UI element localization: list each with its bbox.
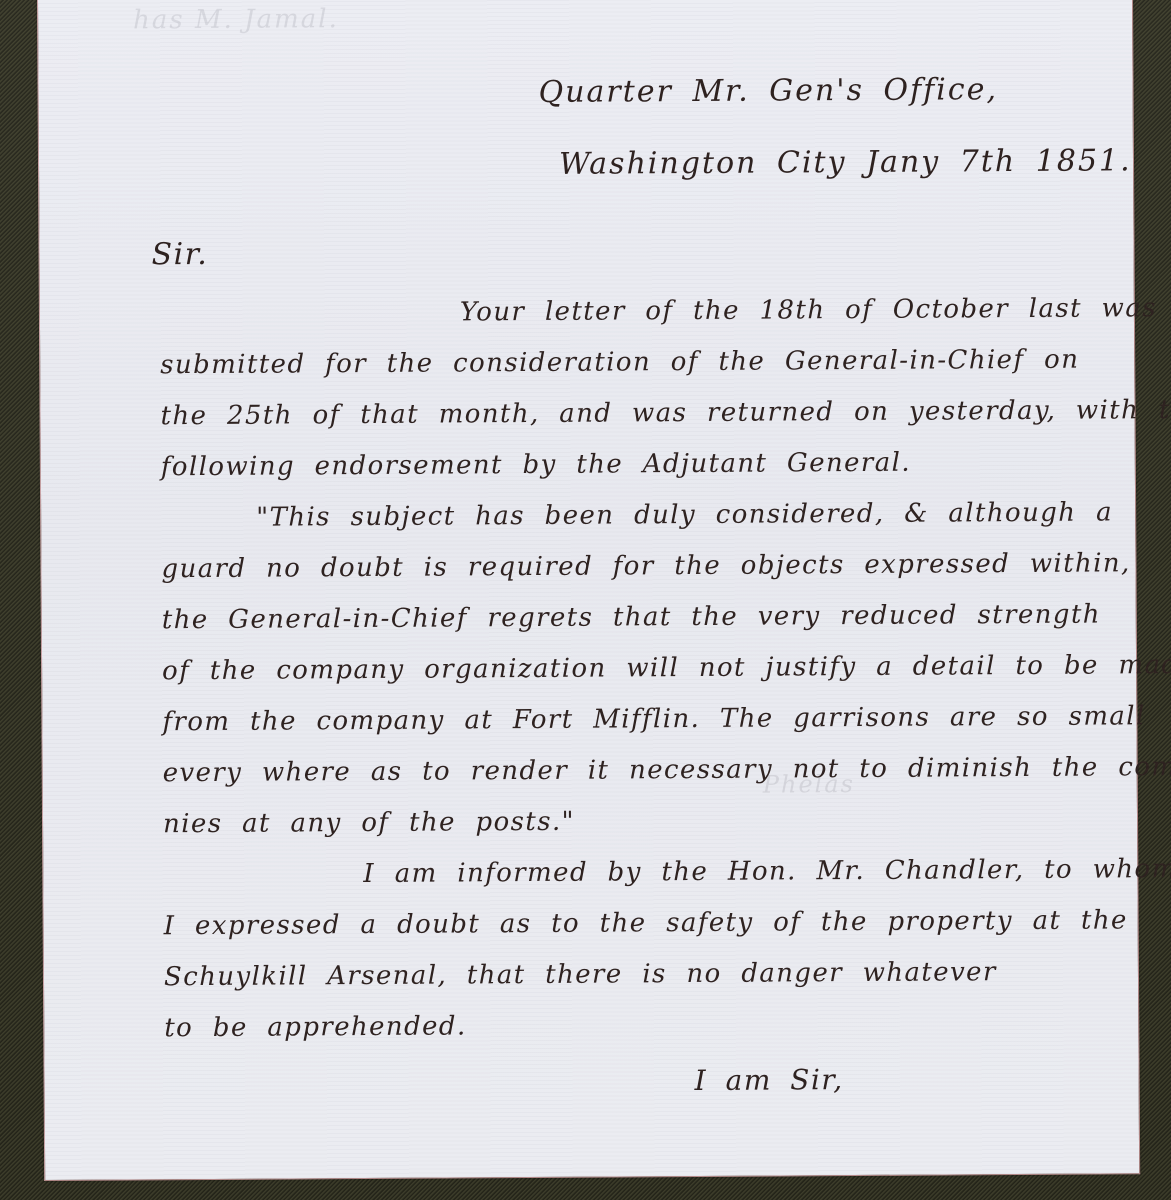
letter-body: Your letter of the 18th of October last … (160, 283, 1125, 1054)
letter-salutation: Sir. (151, 237, 208, 272)
body-line: of the company organization will not jus… (162, 640, 1122, 697)
letter-header-office: Quarter Mr. Gen's Office, (538, 72, 998, 110)
body-line: from the company at Fort Mifflin. The ga… (162, 691, 1122, 748)
letter-header-place-date: Washington City Jany 7th 1851. (559, 143, 1132, 181)
body-line: the 25th of that month, and was returned… (160, 385, 1120, 442)
body-line: following endorsement by the Adjutant Ge… (161, 436, 1121, 493)
body-line: Your letter of the 18th of October last … (160, 283, 1120, 340)
letter-closing: I am Sir, (695, 1063, 844, 1097)
bleed-through-text-top: has M. Jamal. (133, 4, 339, 35)
body-line: "This subject has been duly considered, … (161, 487, 1121, 544)
body-line: nies at any of the posts." (163, 793, 1123, 850)
body-line: Schuylkill Arsenal, that there is no dan… (164, 946, 1124, 1003)
body-line: guard no doubt is required for the objec… (161, 538, 1121, 595)
letter-page: has M. Jamal. Phelas Quarter Mr. Gen's O… (37, 0, 1140, 1181)
body-line: submitted for the consideration of the G… (160, 334, 1120, 391)
body-line: I expressed a doubt as to the safety of … (164, 895, 1124, 952)
body-line: to be apprehended. (164, 997, 1124, 1054)
body-line: the General-in-Chief regrets that the ve… (162, 589, 1122, 646)
body-line: I am informed by the Hon. Mr. Chandler, … (163, 844, 1123, 901)
body-line: every where as to render it necessary no… (163, 742, 1123, 799)
